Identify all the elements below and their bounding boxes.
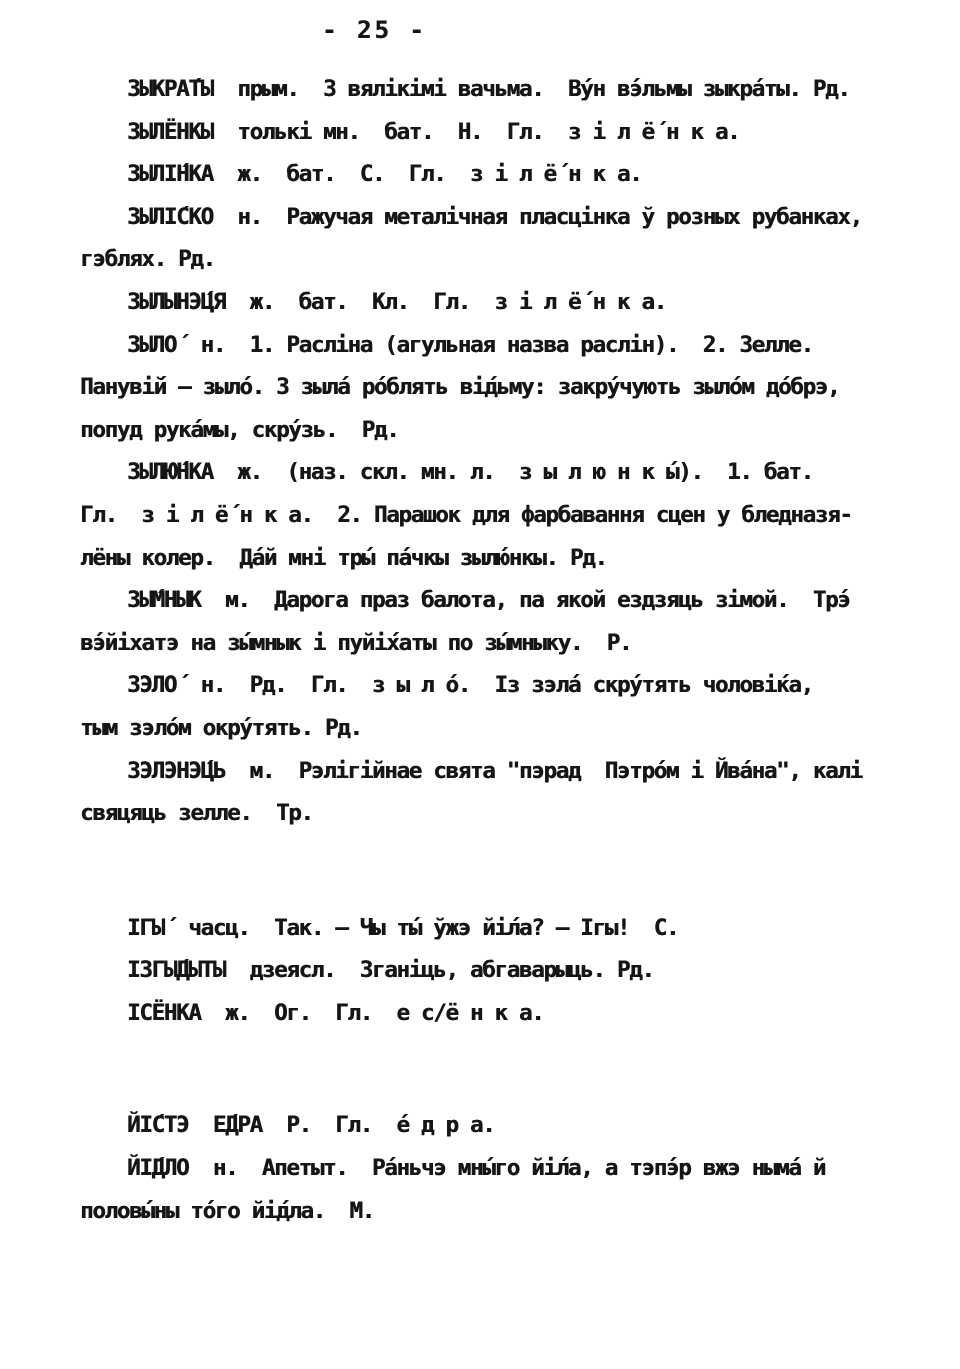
continuation-line: Пануві́й — зыло́. З зыла́ ро́блять ві́дь… [80, 366, 930, 409]
entry-line-jiste-edra: ЙІ́СТЭ Е́ДРА Р. Гл. е́ д р а. [80, 1104, 930, 1147]
entry-line-zymnyk: ЗЫ́МНЫК м. Дарога праз балота, па якой е… [80, 579, 930, 622]
continuation-line: Гл. з і л ё́ н к а. 2. Парашок для фарба… [80, 494, 930, 537]
entry-line-isionka: ІСЁНКА ж. Ог. Гл. е с/ё н к а. [80, 992, 930, 1035]
entry-line-zelenec: ЗЭЛЭНЭ́ЦЬ м. Рэлігійнае свята "пэрад Пэт… [80, 750, 930, 793]
dictionary-text: ЗЫКРА́ТЫ прым. З вялікімі вачьма. Ву́н в… [80, 68, 930, 1232]
entry-line-jidlo: ЙІ́ДЛО н. Апетыт. Ра́ньчэ мны́го йі́ла, … [80, 1147, 930, 1190]
continuation-line: попуд рука́мы, скру́зь. Рд. [80, 409, 930, 452]
entry-line-zykraty: ЗЫКРА́ТЫ прым. З вялікімі вачьма. Ву́н в… [80, 68, 930, 111]
entry-line-zelo: ЗЭЛО́ н. Рд. Гл. з ы л о́. Із зэла́ скру… [80, 664, 930, 707]
continuation-line: лёны колер. Да́й мні тры́ па́чкы зылю́нк… [80, 537, 930, 580]
entry-line-zylyunka: ЗЫЛЮ́НКА ж. (наз. скл. мн. л. з ы л ю н … [80, 451, 930, 494]
entry-line-zylynecya: ЗЫЛЫНЭ́ЦЯ ж. бат. Кл. Гл. з і л ё́ н к а… [80, 281, 930, 324]
entry-line-zylinka: ЗЫЛІ́НКА ж. бат. С. Гл. з і л ё́ н к а. [80, 153, 930, 196]
entry-line-zylisko: ЗЫЛІ́СКО н. Ражучая металічная пласцінка… [80, 196, 930, 239]
entry-line-izgydyty: ІЗГЫ́ДЫТЫ дзеясл. Зганіць, абгаварыць. Р… [80, 949, 930, 992]
continuation-line: вэ́йіхатэ на зы́мнык і пуйі́хаты по зы́м… [80, 622, 930, 665]
continuation-line: половы́ны то́го йі́дла. М. [80, 1190, 930, 1233]
continuation-line: тым зэло́м окру́тять. Рд. [80, 707, 930, 750]
entry-line-igy: ІГЫ́ часц. Так. — Чы ты́ ўжэ йі́ла? — Іг… [80, 907, 930, 950]
entry-line-zylionky: ЗЫЛЁНКЫ толькі мн. бат. Н. Гл. з і л ё́ … [80, 111, 930, 154]
page-number: - 25 - [322, 16, 427, 44]
continuation-line: свяцяць зелле. Тр. [80, 792, 930, 835]
continuation-line: гэблях. Рд. [80, 238, 930, 281]
entry-line-zylo: ЗЫЛО́ н. 1. Расліна (агульная назва расл… [80, 324, 930, 367]
scanned-dictionary-page: - 25 - ЗЫКРА́ТЫ прым. З вялікімі вачьма.… [0, 0, 960, 1369]
